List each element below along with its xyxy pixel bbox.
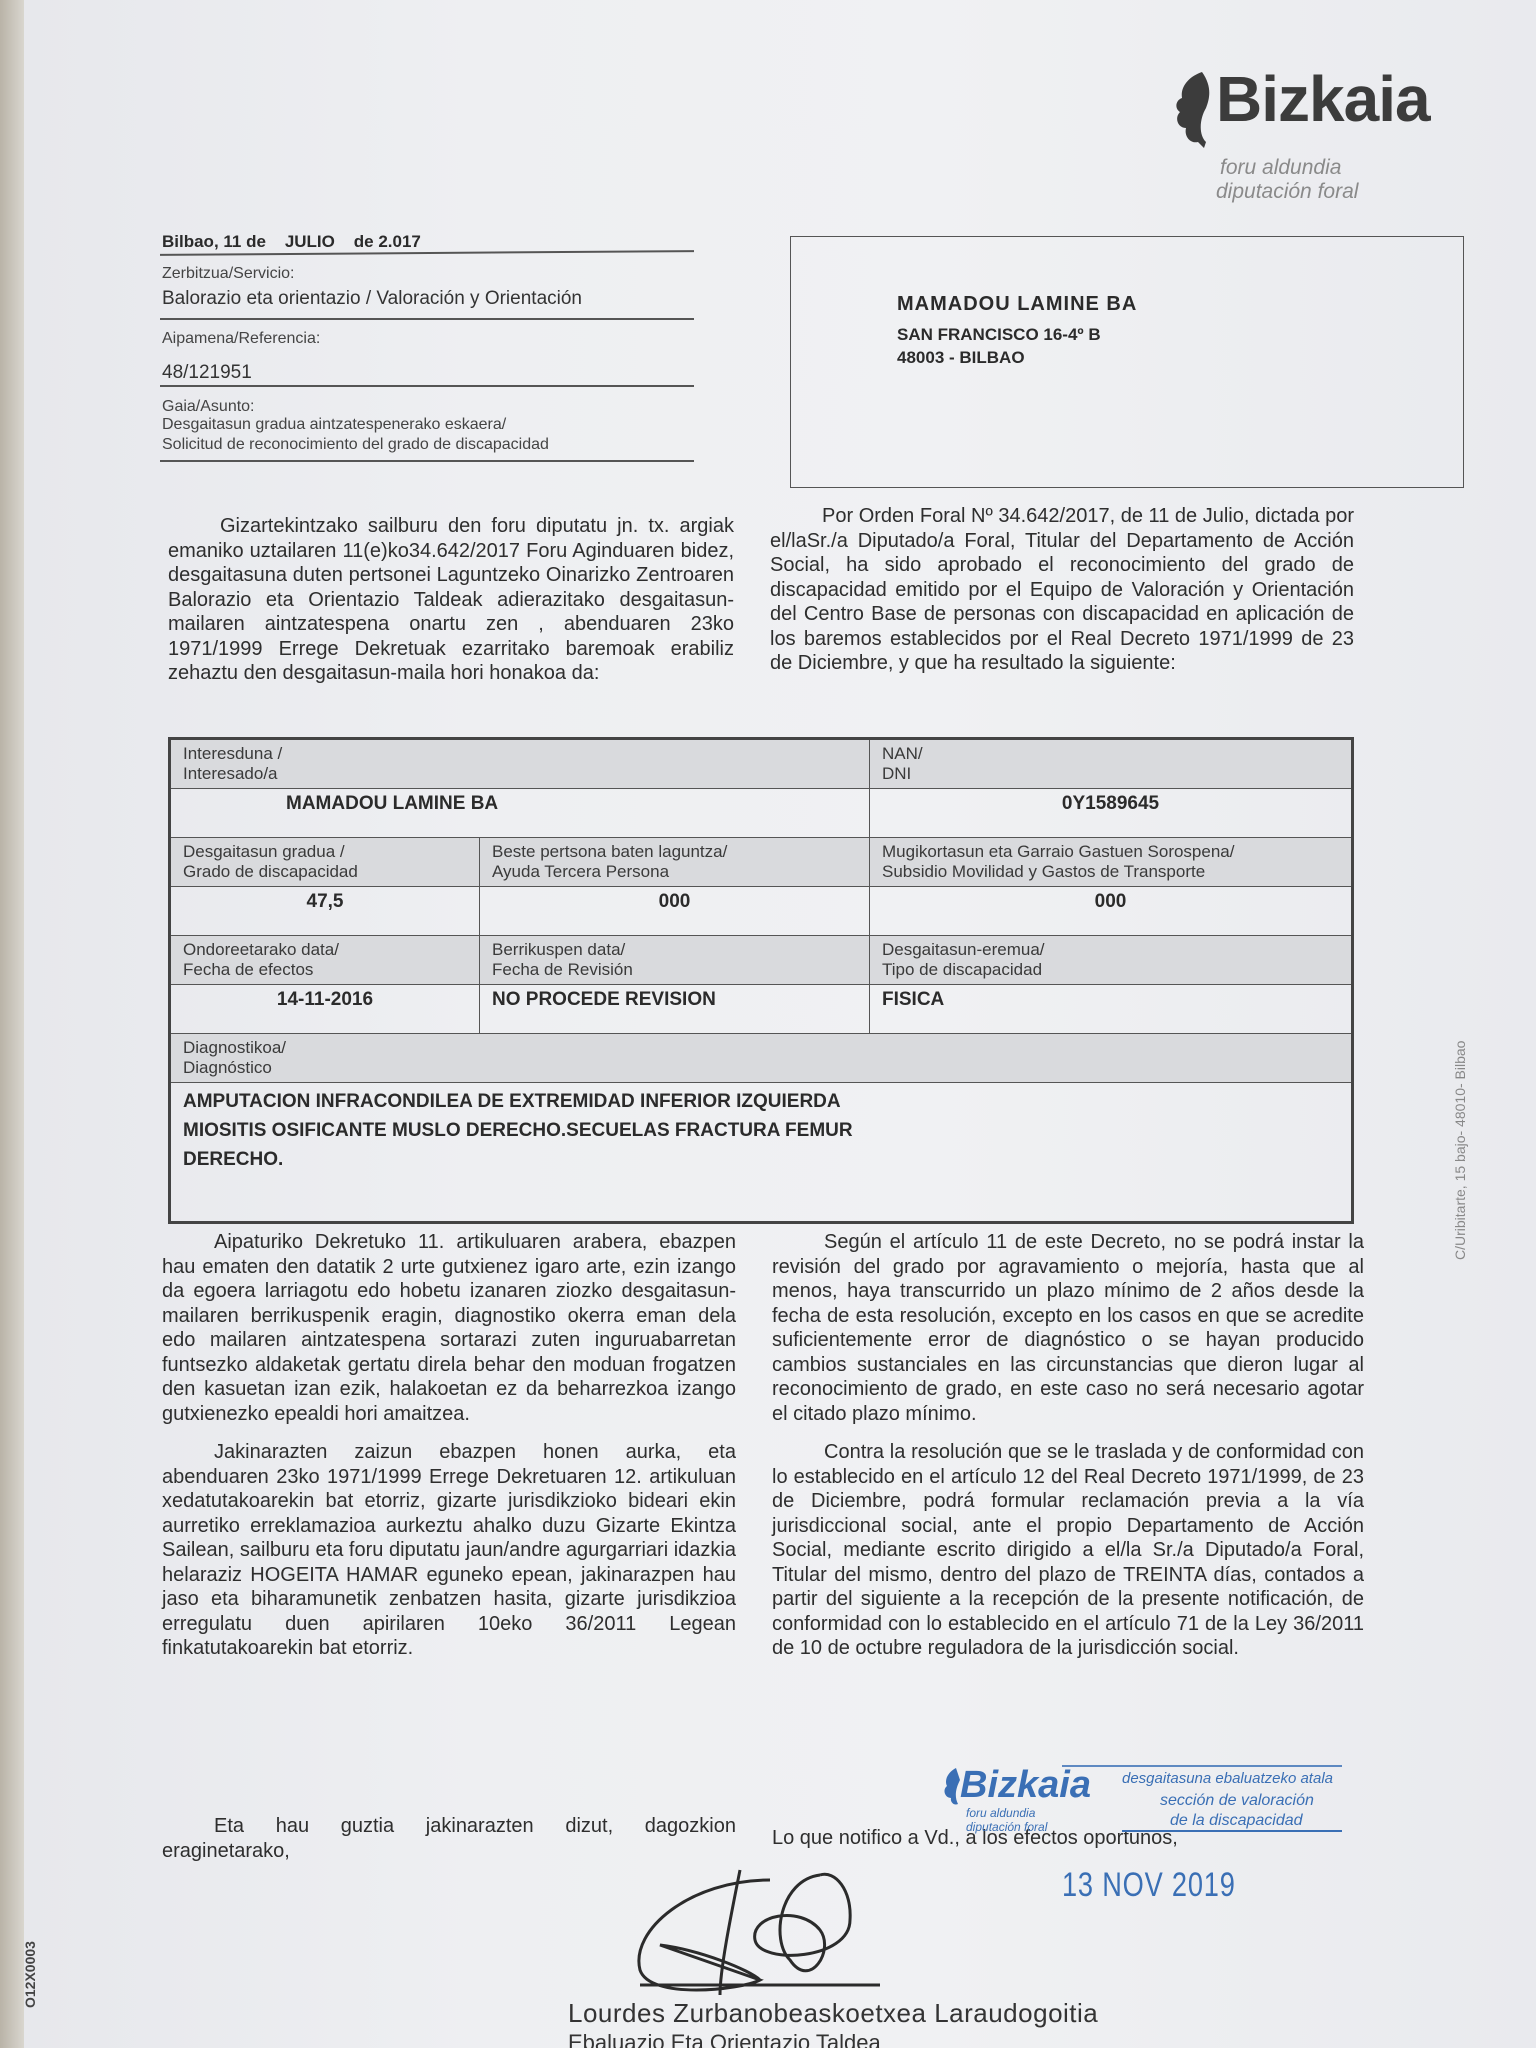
reference-value: 48/121951 [162,362,692,384]
spanish-review-paragraph: Según el artículo 11 de este Decreto, no… [772,1230,1364,1426]
oak-leaf-icon [942,1766,962,1806]
logo-brand: Bizkaia [1216,62,1430,136]
signatory-name: Lourdes Zurbanobeaskoetxea Laraudogoitia [568,1998,1098,2029]
basque-review-paragraph: Aipaturiko Dekretuko 11. artikuluaren ar… [162,1230,736,1426]
diagnosis-label: Diagnostikoa/Diagnóstico [170,1034,1353,1083]
third-person-value: 000 [480,887,870,936]
side-address: C/Uribitarte, 15 bajo- 48010- Bilbao [1452,1041,1468,1260]
paper-edge [0,0,24,2048]
stamp-brand-sub: diputación foral [966,1820,1047,1834]
intro-basque-text: Gizartekintzako sailburu den foru diputa… [168,514,734,686]
intro-spanish: Por Orden Foral Nº 34.642/2017, de 11 de… [770,504,1354,690]
diagnosis-value: AMPUTACION INFRACONDILEA DE EXTREMIDAD I… [170,1083,1353,1223]
interested-value: MAMADOU LAMINE BA [170,789,870,838]
divider [160,460,694,462]
mobility-label: Mugikortasun eta Garraio Gastuen Sorospe… [870,838,1353,887]
stamp-rule [1122,1830,1342,1832]
disability-type-value: FISICA [870,985,1353,1034]
intro-basque: Gizartekintzako sailburu den foru diputa… [168,514,734,700]
resolution-table: Interesduna /Interesado/a NAN/DNI MAMADO… [168,737,1354,1224]
signatory-role: Ebaluazio Eta Orientazio Taldea [568,2030,881,2048]
divider [160,385,694,387]
logo-sub-basque: foru aldundia [1220,156,1341,180]
effects-date-value: 14-11-2016 [170,985,480,1034]
review-date-value: NO PROCEDE REVISION [480,985,870,1034]
recipient-street: SAN FRANCISCO 16-4º B [897,325,1101,345]
third-person-label: Beste pertsona baten laguntza/Ayuda Terc… [480,838,870,887]
spanish-appeal-paragraph: Contra la resolución que se le traslada … [772,1440,1364,1661]
effects-date-label: Ondoreetarako data/Fecha de efectos [170,936,480,985]
stamp-brand-sub: foru aldundia [966,1806,1035,1820]
degree-value: 47,5 [170,887,480,936]
letter-date: Bilbao, 11 de JULIO de 2.017 [162,232,692,252]
dni-value: 0Y1589645 [870,789,1353,838]
stamp-date: 13 NOV 2019 [1062,1866,1236,1905]
basque-closing-text: Eta hau guztia jakinarazten dizut, dagoz… [162,1814,736,1863]
reference-label: Aipamena/Referencia: [162,330,692,348]
logo-sub-spanish: diputación foral [1216,180,1358,204]
recipient-name: MAMADOU LAMINE BA [897,293,1137,316]
disability-type-label: Desgaitasun-eremua/Tipo de discapacidad [870,936,1353,985]
recipient-address-box: MAMADOU LAMINE BA SAN FRANCISCO 16-4º B … [790,236,1464,488]
stamp-section-spanish: de la discapacidad [1170,1812,1303,1830]
mobility-value: 000 [870,887,1353,936]
basque-appeal-paragraph: Jakinarazten zaizun ebazpen honen aurka,… [162,1440,736,1661]
oak-leaf-icon [1172,68,1216,148]
subject-label: Gaia/Asunto: [162,398,692,416]
recipient-city: 48003 - BILBAO [897,348,1025,368]
dni-label: NAN/DNI [870,739,1353,789]
subject-spanish: Solicitud de reconocimiento del grado de… [162,436,692,454]
subject-basque: Desgaitasun gradua aintzatespenerako esk… [162,416,692,434]
stamp-section-basque: desgaitasuna ebaluatzeko atala [1122,1770,1333,1787]
body-spanish: Según el artículo 11 de este Decreto, no… [772,1230,1364,1675]
review-date-label: Berrikuspen data/Fecha de Revisión [480,936,870,985]
intro-spanish-text: Por Orden Foral Nº 34.642/2017, de 11 de… [770,504,1354,676]
stamp-rule [1062,1765,1342,1767]
diagnosis-line: DERECHO. [183,1145,1339,1174]
divider [160,318,694,320]
diagnosis-line: AMPUTACION INFRACONDILEA DE EXTREMIDAD I… [183,1087,1339,1116]
diagnosis-line: MIOSITIS OSIFICANTE MUSLO DERECHO.SECUEL… [183,1116,1339,1145]
service-label: Zerbitzua/Servicio: [162,265,692,283]
interested-label: Interesduna /Interesado/a [170,739,870,789]
handwritten-signature [620,1860,890,2000]
stamp-brand: Bizkaia [960,1764,1091,1807]
form-code: O12X0003 [22,1941,38,2008]
stamp-section-spanish: sección de valoración [1160,1792,1314,1810]
body-basque: Aipaturiko Dekretuko 11. artikuluaren ar… [162,1230,736,1675]
service-value: Balorazio eta orientazio / Valoración y … [162,288,692,310]
degree-label: Desgaitasun gradua /Grado de discapacida… [170,838,480,887]
